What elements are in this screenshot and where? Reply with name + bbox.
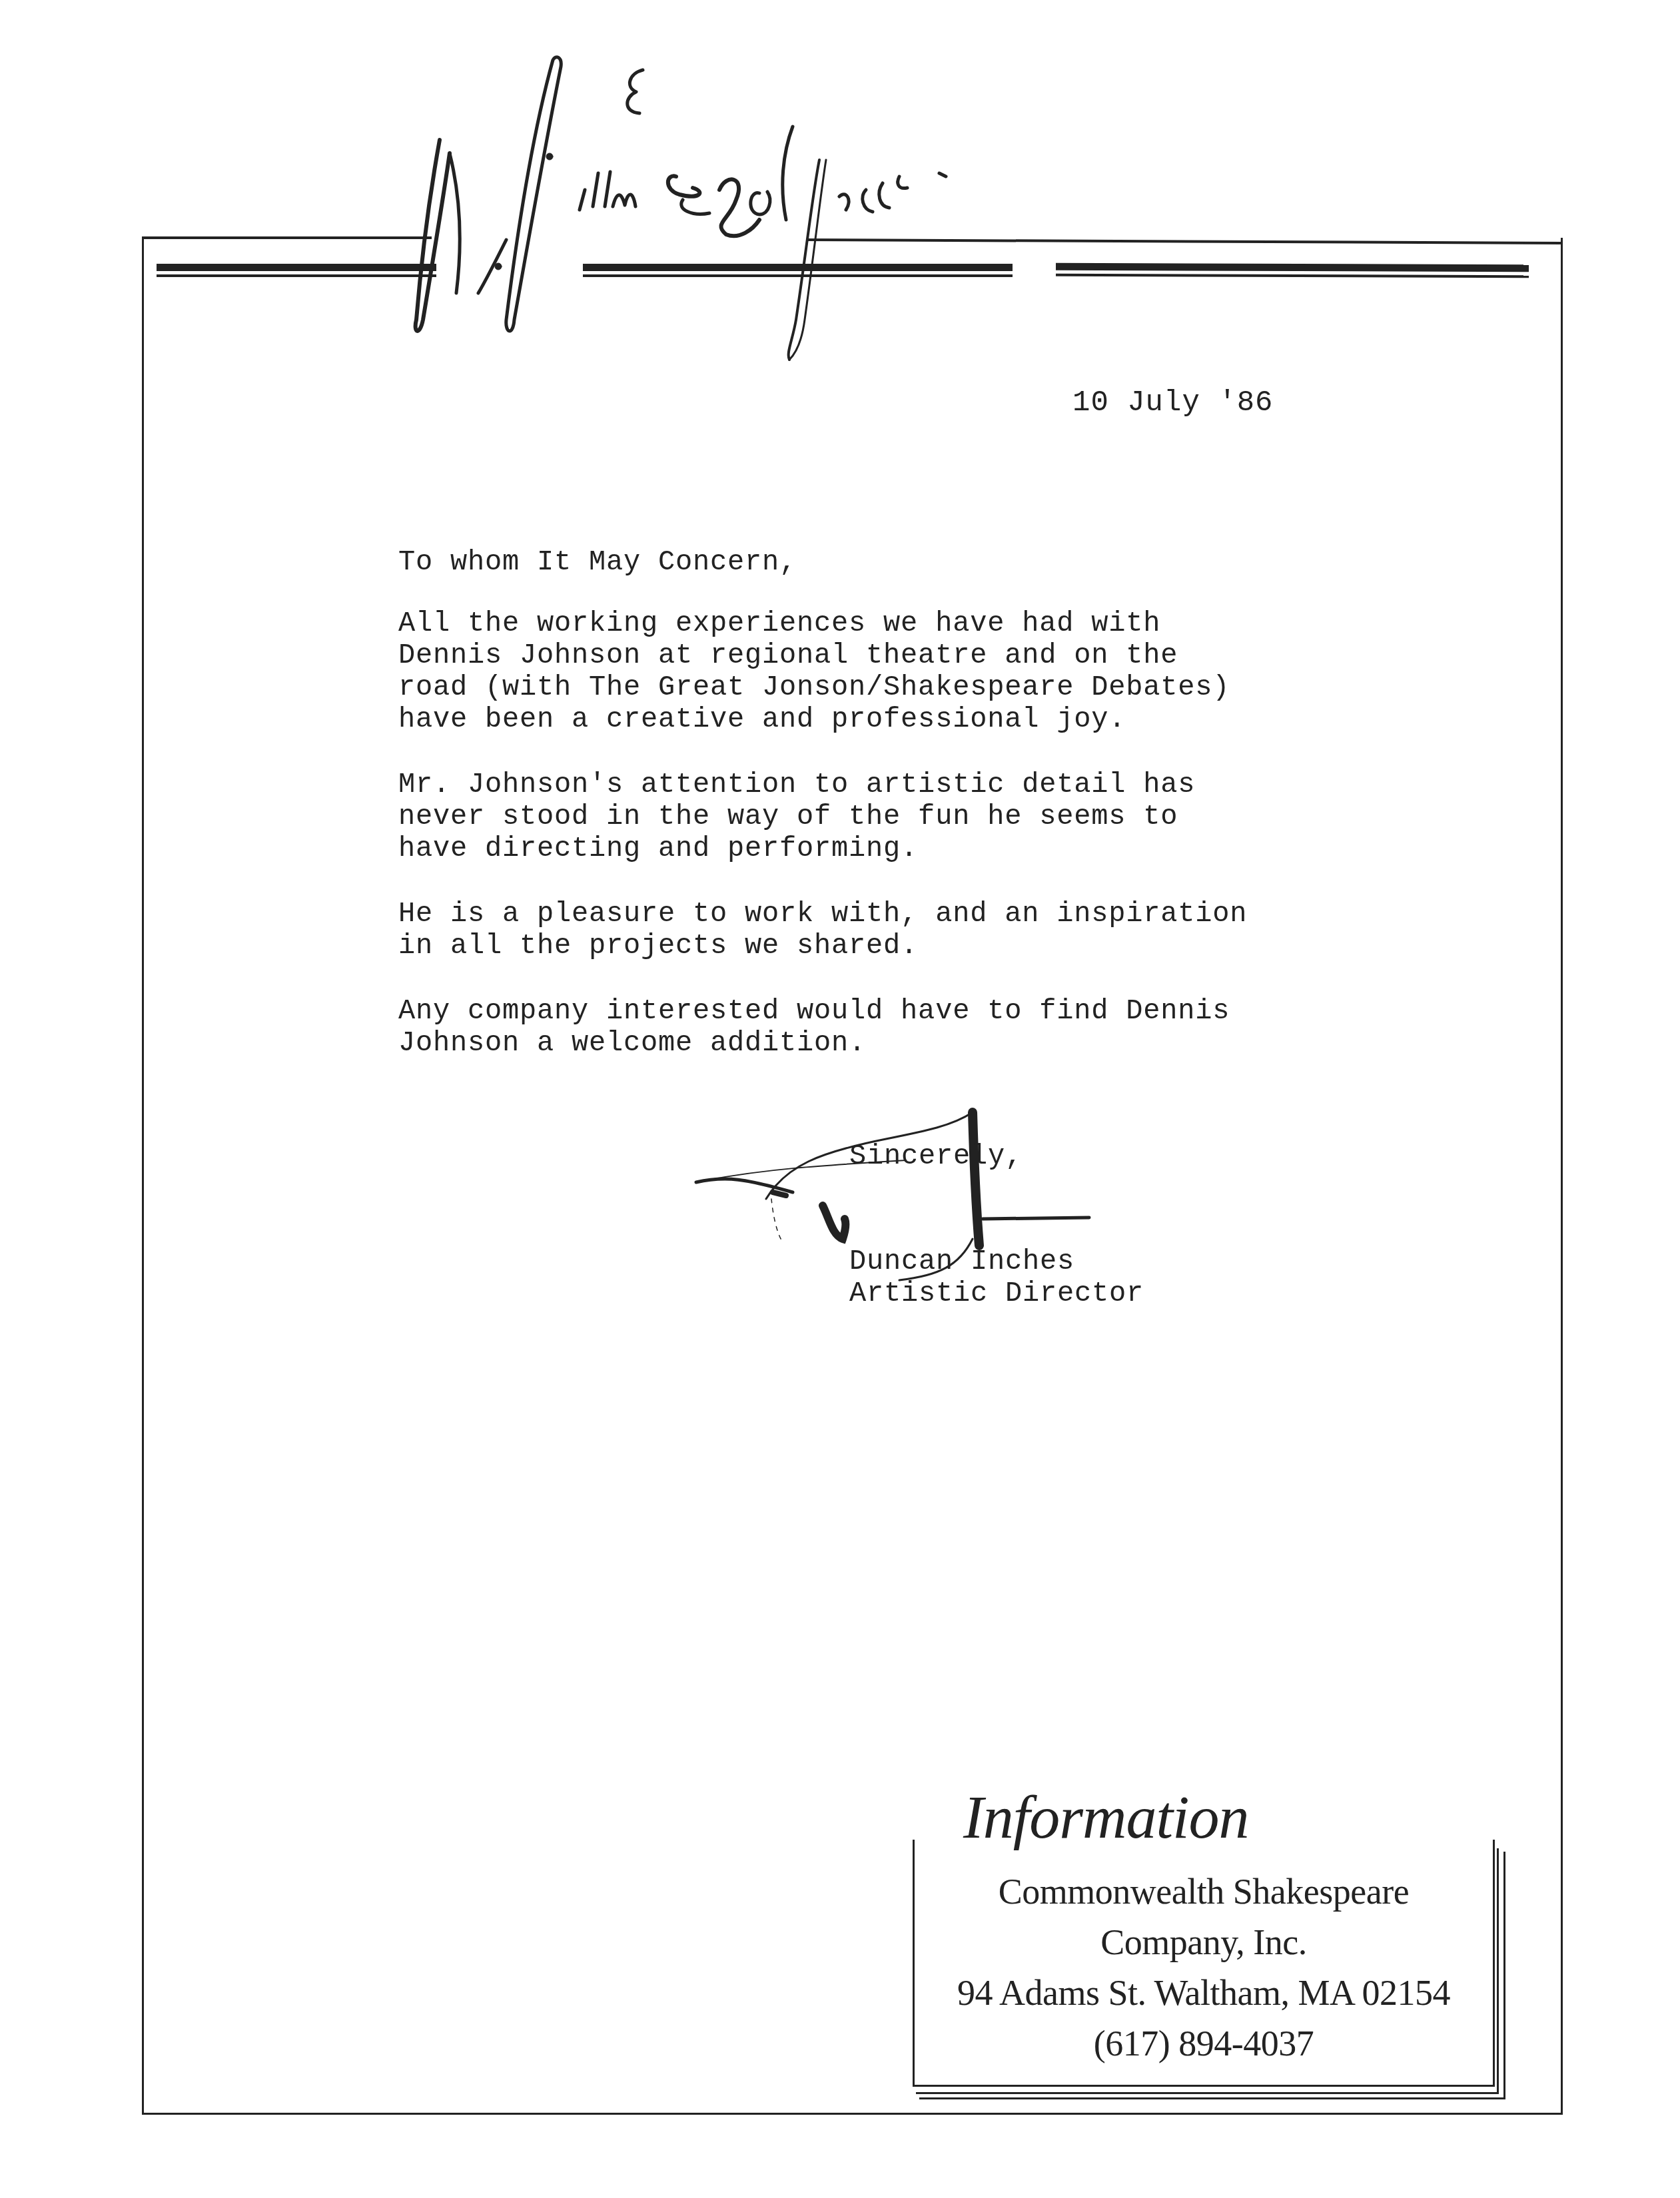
info-contact-text: Commonwealth Shakespeare Company, Inc. 9… <box>915 1840 1493 2069</box>
information-box: Commonwealth Shakespeare Company, Inc. 9… <box>903 1765 1542 2111</box>
paragraph-4: Any company interested would have to fin… <box>398 995 1438 1059</box>
salutation: To whom It May Concern, <box>398 546 1438 578</box>
paragraph-3: He is a pleasure to work with, and an in… <box>398 898 1438 962</box>
info-title: Information <box>959 1782 1253 1852</box>
shakespeare-signature-logo <box>413 40 1346 386</box>
header-rule-thick-1 <box>157 264 436 271</box>
paragraph-2: Mr. Johnson's attention to artistic deta… <box>398 769 1438 865</box>
closing: Sincerely, <box>849 1140 1023 1172</box>
org-address: 94 Adams St. Waltham, MA 02154 <box>915 1968 1493 2018</box>
info-box-panel: Commonwealth Shakespeare Company, Inc. 9… <box>913 1840 1495 2087</box>
org-name-line-1: Commonwealth Shakespeare <box>915 1866 1493 1917</box>
signer-name: Duncan Inches <box>849 1246 1144 1278</box>
frame-top-rule-left <box>142 236 432 239</box>
letter-body: To whom It May Concern, All the working … <box>398 546 1438 1092</box>
paragraph-1: All the working experiences we have had … <box>398 607 1438 735</box>
letter-date: 10 July '86 <box>1072 386 1273 420</box>
org-name-line-2: Company, Inc. <box>915 1917 1493 1968</box>
org-phone: (617) 894-4037 <box>915 2018 1493 2069</box>
header-rule-thin-1 <box>157 274 436 277</box>
signer-title: Artistic Director <box>849 1278 1144 1309</box>
signer-block: Duncan Inches Artistic Director <box>849 1246 1144 1309</box>
